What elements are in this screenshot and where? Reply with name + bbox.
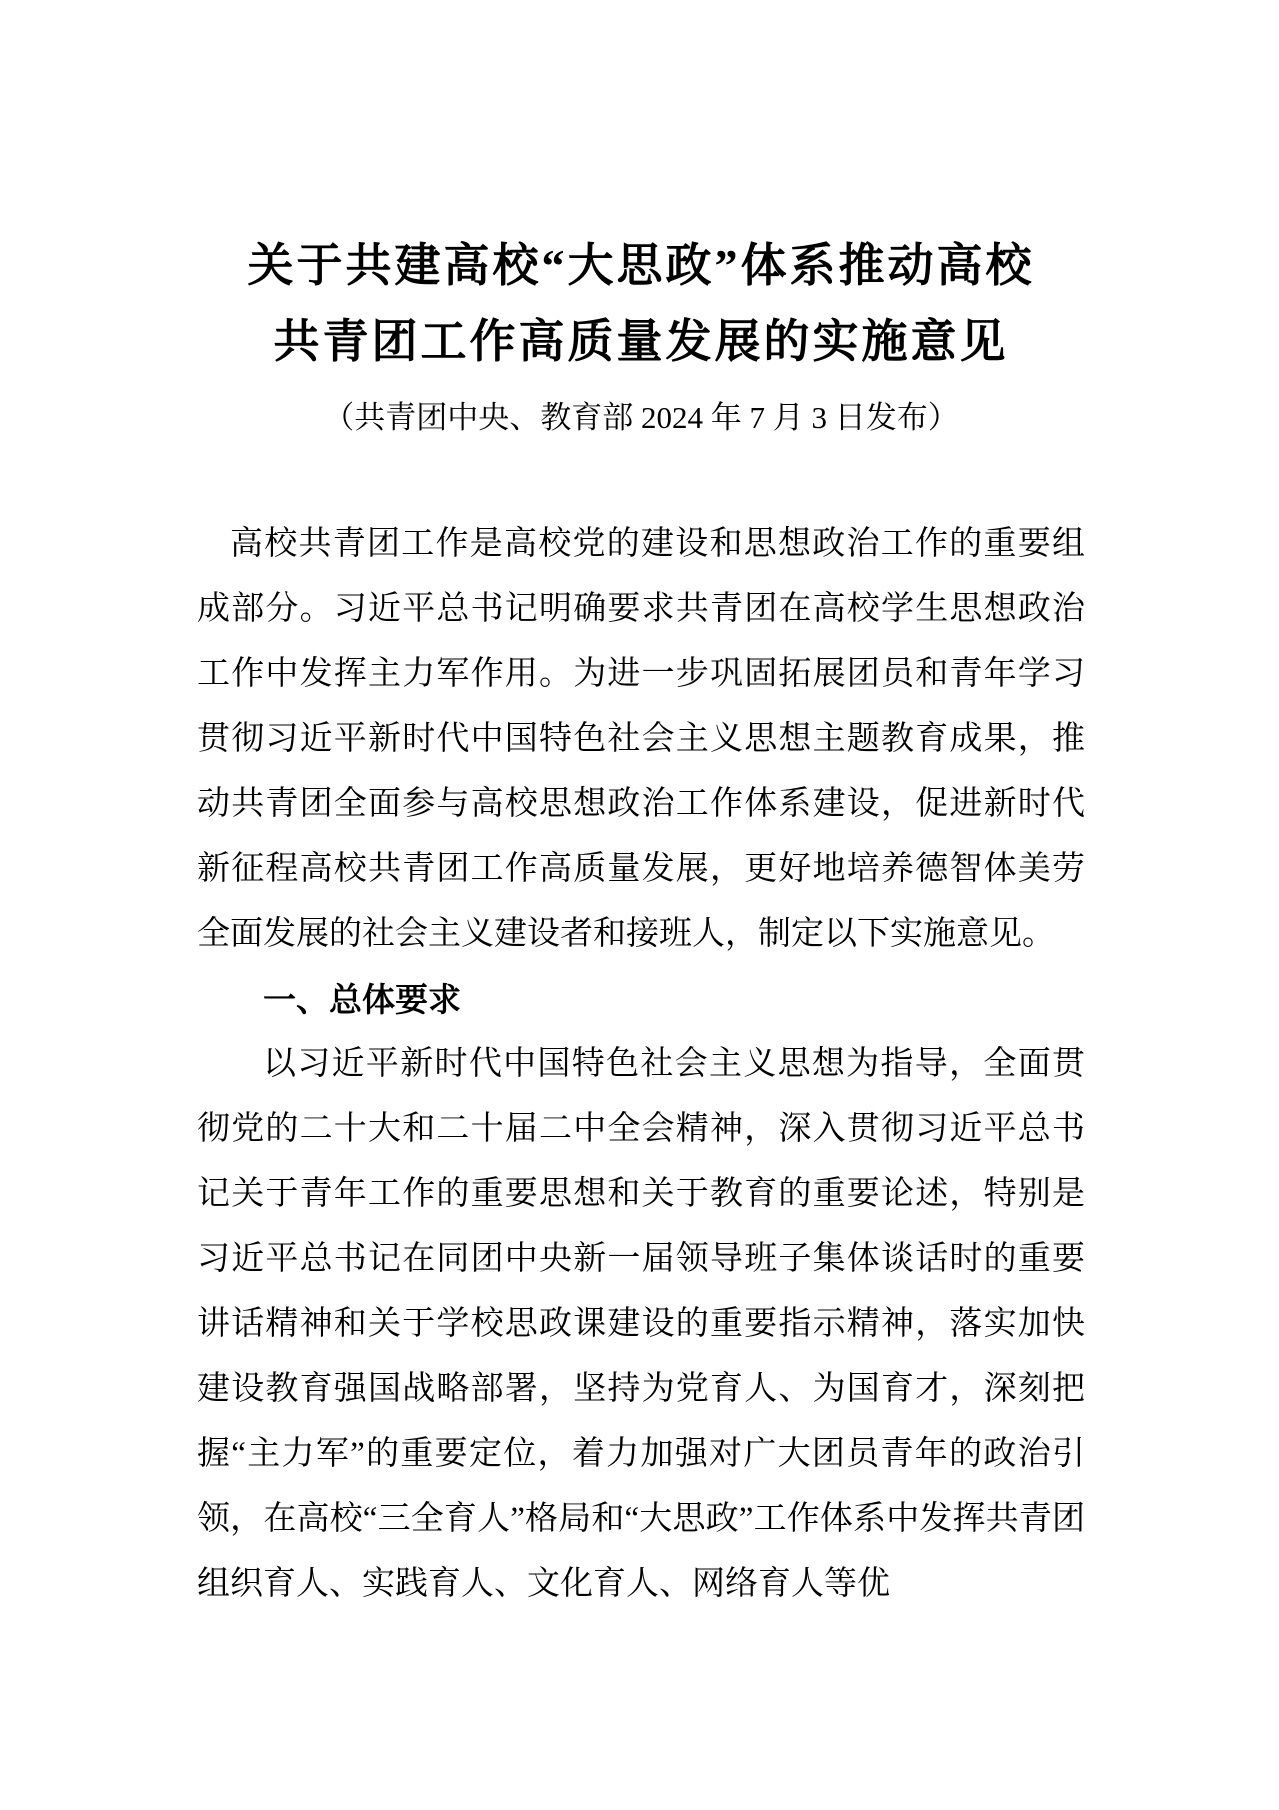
document-page: 关于共建高校“大思政”体系推动高校 共青团工作高质量发展的实施意见 （共青团中央… (0, 0, 1279, 1810)
document-subtitle: （共青团中央、教育部 2024 年 7 月 3 日发布） (197, 397, 1085, 439)
title-line-1: 关于共建高校“大思政”体系推动高校 (197, 228, 1085, 304)
intro-paragraph: 高校共青团工作是高校党的建设和思想政治工作的重要组成部分。习近平总书记明确要求共… (197, 512, 1085, 967)
section-1-heading: 一、总体要求 (197, 967, 1085, 1032)
document-body: 高校共青团工作是高校党的建设和思想政治工作的重要组成部分。习近平总书记明确要求共… (197, 512, 1085, 1617)
document-title: 关于共建高校“大思政”体系推动高校 共青团工作高质量发展的实施意见 (197, 228, 1085, 380)
section-1-paragraph: 以习近平新时代中国特色社会主义思想为指导，全面贯彻党的二十大和二十届二中全会精神… (197, 1032, 1085, 1617)
document-content: 关于共建高校“大思政”体系推动高校 共青团工作高质量发展的实施意见 （共青团中央… (197, 0, 1085, 1617)
title-line-2: 共青团工作高质量发展的实施意见 (197, 304, 1085, 380)
